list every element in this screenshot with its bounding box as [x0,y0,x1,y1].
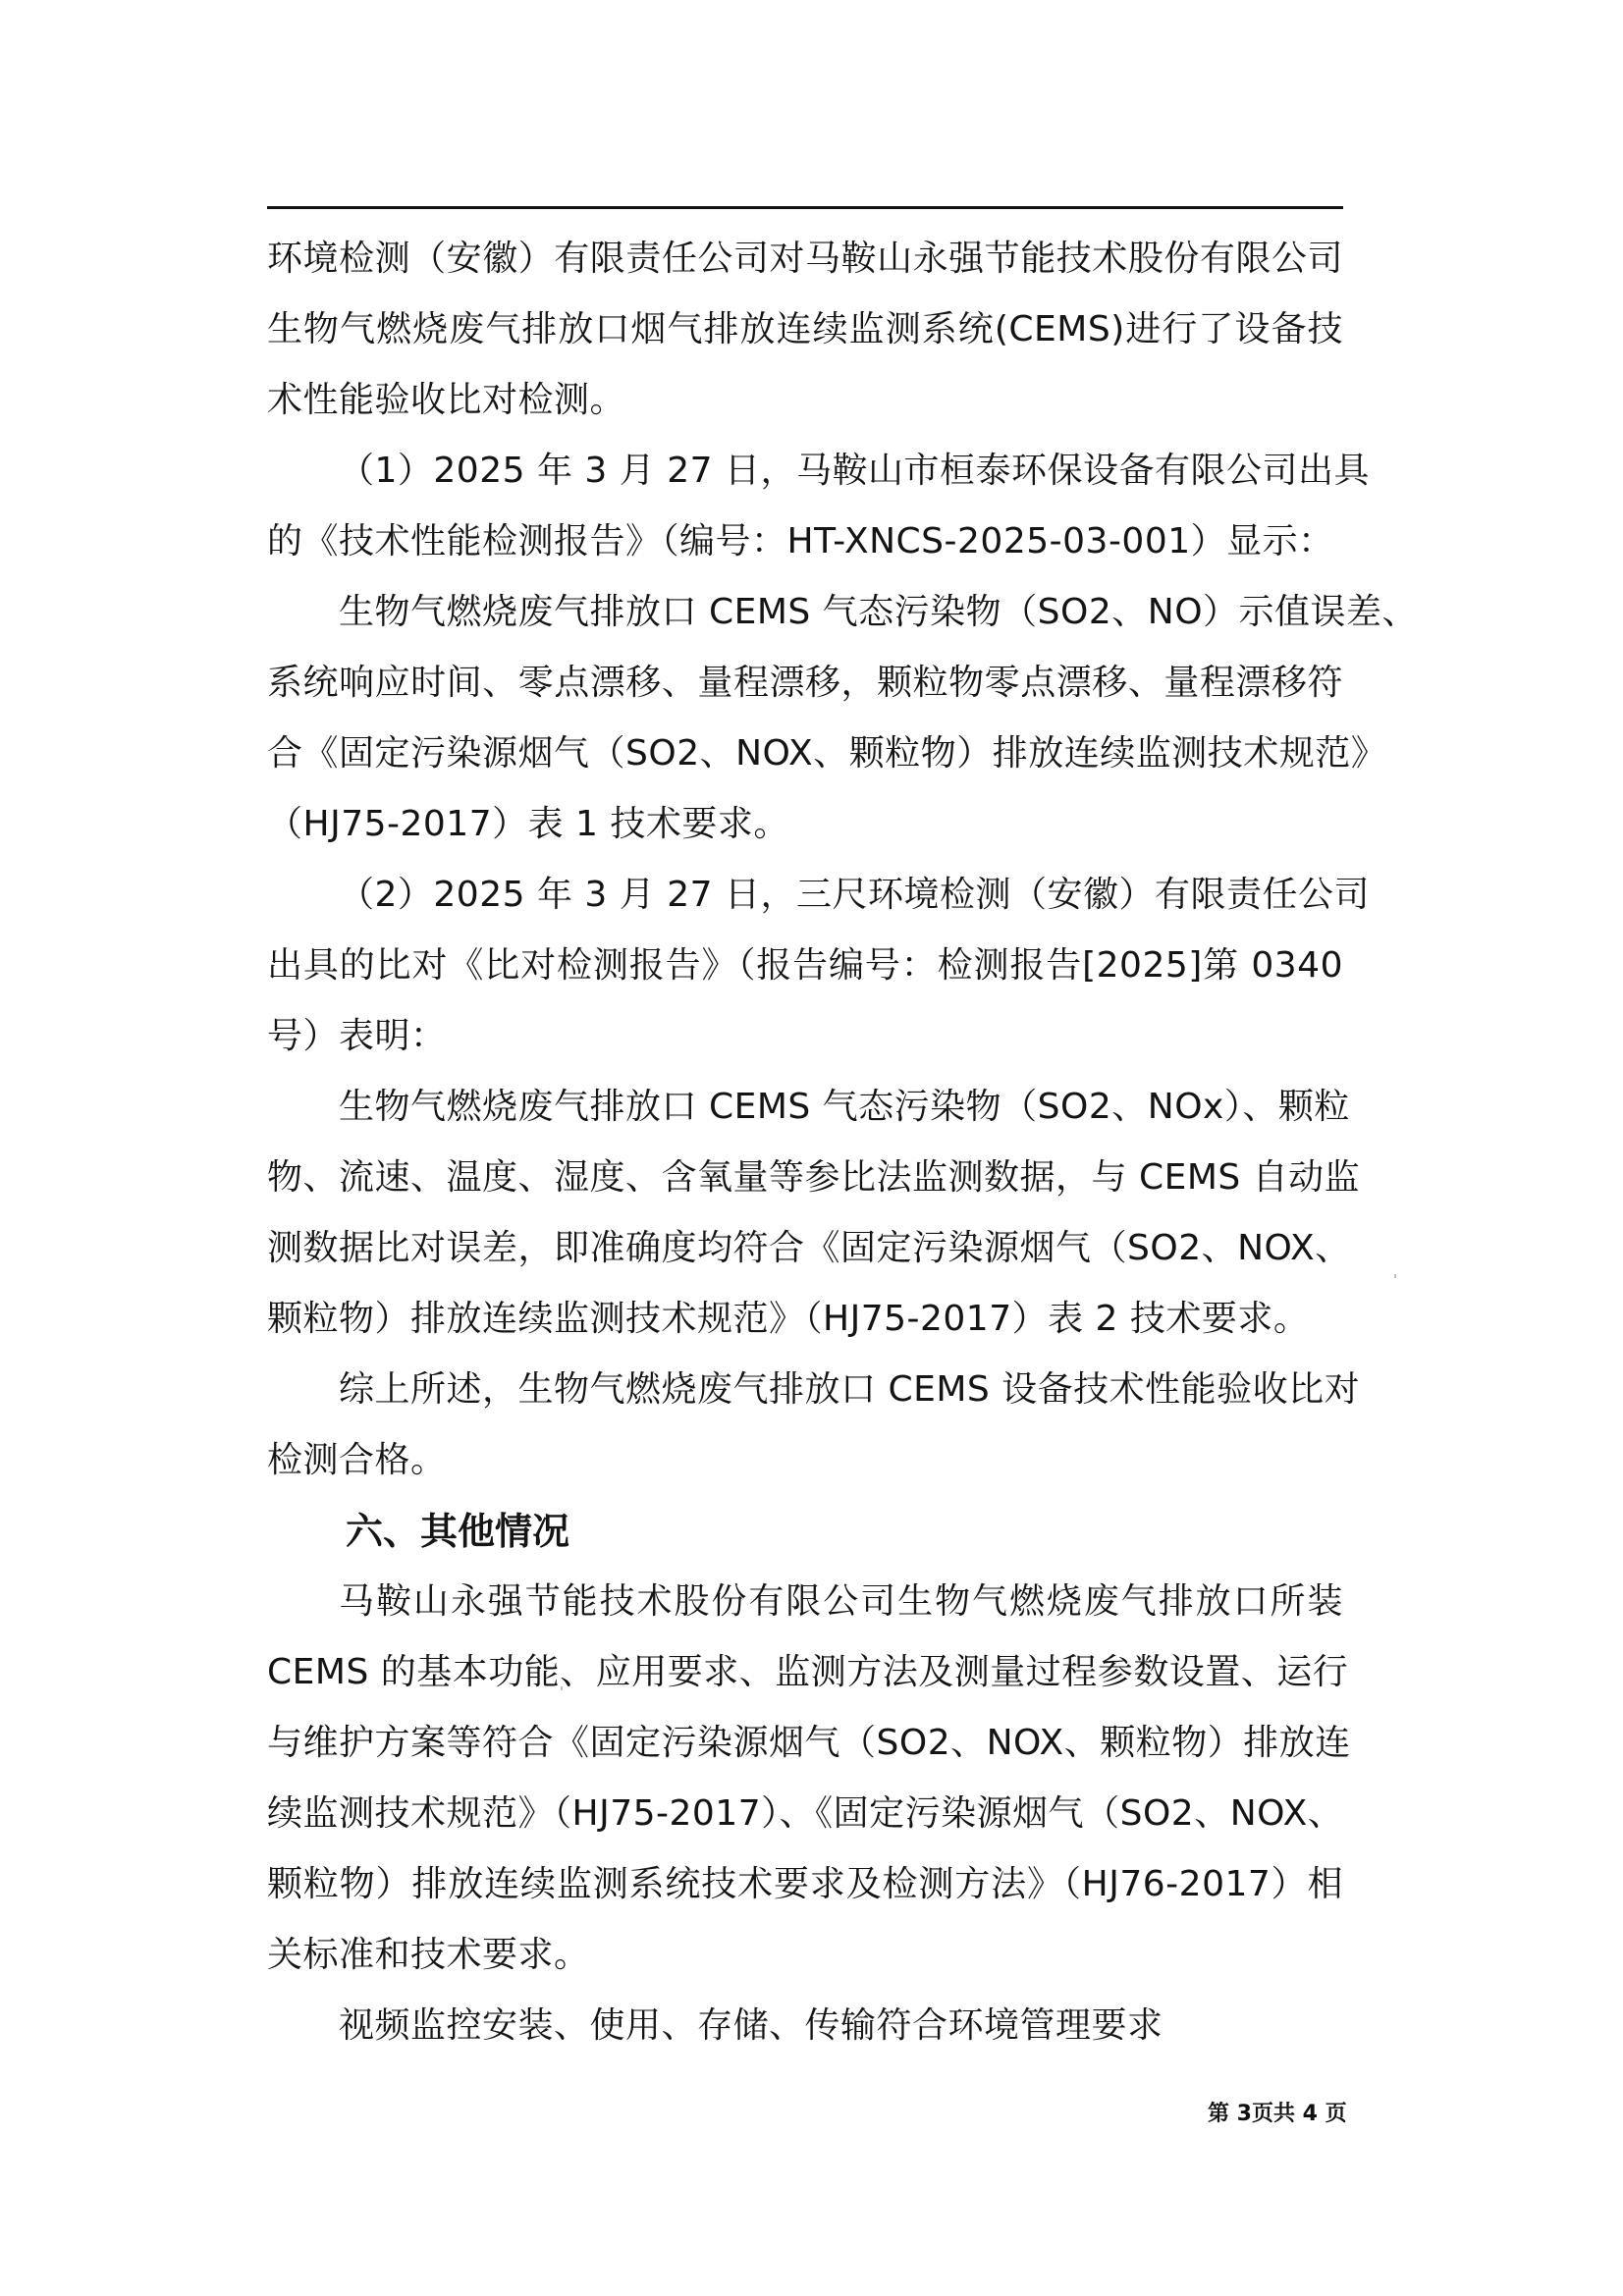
text-line: （1）2025 年 3 月 27 日，马鞍山市桓泰环保设备有限公司出具 [267,436,1343,507]
text-line: CEMS 的基本功能、应用要求、监测方法及测量过程参数设置、运行 [267,1637,1343,1708]
paragraph-comparison-result: 生物气燃烧废气排放口 CEMS 气态污染物（SO2、NOx）、颗粒 物、流速、温… [267,1072,1343,1355]
text-line: 出具的比对《比对检测报告》（报告编号：检测报告[2025]第 0340 [267,931,1343,1001]
text-line: 的《技术性能检测报告》（编号：HT-XNCS-2025-03-001）显示： [267,507,1343,577]
scan-speck [1394,1274,1396,1278]
paragraph-summary: 综上所述，生物气燃烧废气排放口 CEMS 设备技术性能验收比对 检测合格。 [267,1355,1343,1496]
paragraph-item-2: （2）2025 年 3 月 27 日，三尺环境检测（安徽）有限责任公司 出具的比… [267,860,1343,1072]
text-line: 术性能验收比对检测。 [267,365,1343,436]
text-line: 颗粒物）排放连续监测系统技术要求及检测方法》（HJ76-2017）相 [267,1849,1343,1920]
text-line: 物、流速、温度、湿度、含氧量等参比法监测数据，与 CEMS 自动监 [267,1143,1343,1213]
text-line: （HJ75-2017）表 1 技术要求。 [267,789,1343,860]
document-body: 环境检测（安徽）有限责任公司对马鞍山永强节能技术股份有限公司 生物气燃烧废气排放… [267,224,1343,2061]
text-line: 检测合格。 [267,1425,1343,1496]
text-line: （2）2025 年 3 月 27 日，三尺环境检测（安徽）有限责任公司 [267,860,1343,931]
scan-speck [561,1686,563,1690]
text-line: 综上所述，生物气燃烧废气排放口 CEMS 设备技术性能验收比对 [267,1355,1343,1425]
text-line: 系统响应时间、零点漂移、量程漂移，颗粒物零点漂移、量程漂移符 [267,648,1343,719]
paragraph-technical-result: 生物气燃烧废气排放口 CEMS 气态污染物（SO2、NO）示值误差、 系统响应时… [267,577,1343,860]
text-line: 环境检测（安徽）有限责任公司对马鞍山永强节能技术股份有限公司 [267,224,1343,294]
document-page: 环境检测（安徽）有限责任公司对马鞍山永强节能技术股份有限公司 生物气燃烧废气排放… [0,0,1623,2296]
text-line: 视频监控安装、使用、存储、传输符合环境管理要求 [267,1991,1343,2061]
text-line: 合《固定污染源烟气（SO2、NOX、颗粒物）排放连续监测技术规范》 [267,719,1343,789]
text-line: 号）表明： [267,1001,1343,1072]
paragraph-other-situation: 马鞍山永强节能技术股份有限公司生物气燃烧废气排放口所装 CEMS 的基本功能、应… [267,1567,1343,1991]
paragraph-item-1: （1）2025 年 3 月 27 日，马鞍山市桓泰环保设备有限公司出具 的《技术… [267,436,1343,577]
text-line: 生物气燃烧废气排放口 CEMS 气态污染物（SO2、NOx）、颗粒 [267,1072,1343,1143]
header-rule [267,206,1343,209]
text-line: 测数据比对误差，即准确度均符合《固定污染源烟气（SO2、NOX、 [267,1213,1343,1284]
text-line: 关标准和技术要求。 [267,1920,1343,1991]
text-line: 颗粒物）排放连续监测技术规范》（HJ75-2017）表 2 技术要求。 [267,1284,1343,1355]
paragraph-video-monitoring: 视频监控安装、使用、存储、传输符合环境管理要求 [267,1991,1343,2061]
text-line: 生物气燃烧废气排放口烟气排放连续监测系统(CEMS)进行了设备技 [267,294,1343,365]
section-heading: 六、其他情况 [267,1496,1343,1567]
text-line: 生物气燃烧废气排放口 CEMS 气态污染物（SO2、NO）示值误差、 [267,577,1343,648]
text-line: 马鞍山永强节能技术股份有限公司生物气燃烧废气排放口所装 [267,1567,1343,1637]
text-line: 续监测技术规范》（HJ75-2017）、《固定污染源烟气（SO2、NOX、 [267,1779,1343,1849]
paragraph-continuation: 环境检测（安徽）有限责任公司对马鞍山永强节能技术股份有限公司 生物气燃烧废气排放… [267,224,1343,436]
text-line: 与维护方案等符合《固定污染源烟气（SO2、NOX、颗粒物）排放连 [267,1708,1343,1779]
page-number: 第 3页共 4 页 [1208,2097,1347,2127]
